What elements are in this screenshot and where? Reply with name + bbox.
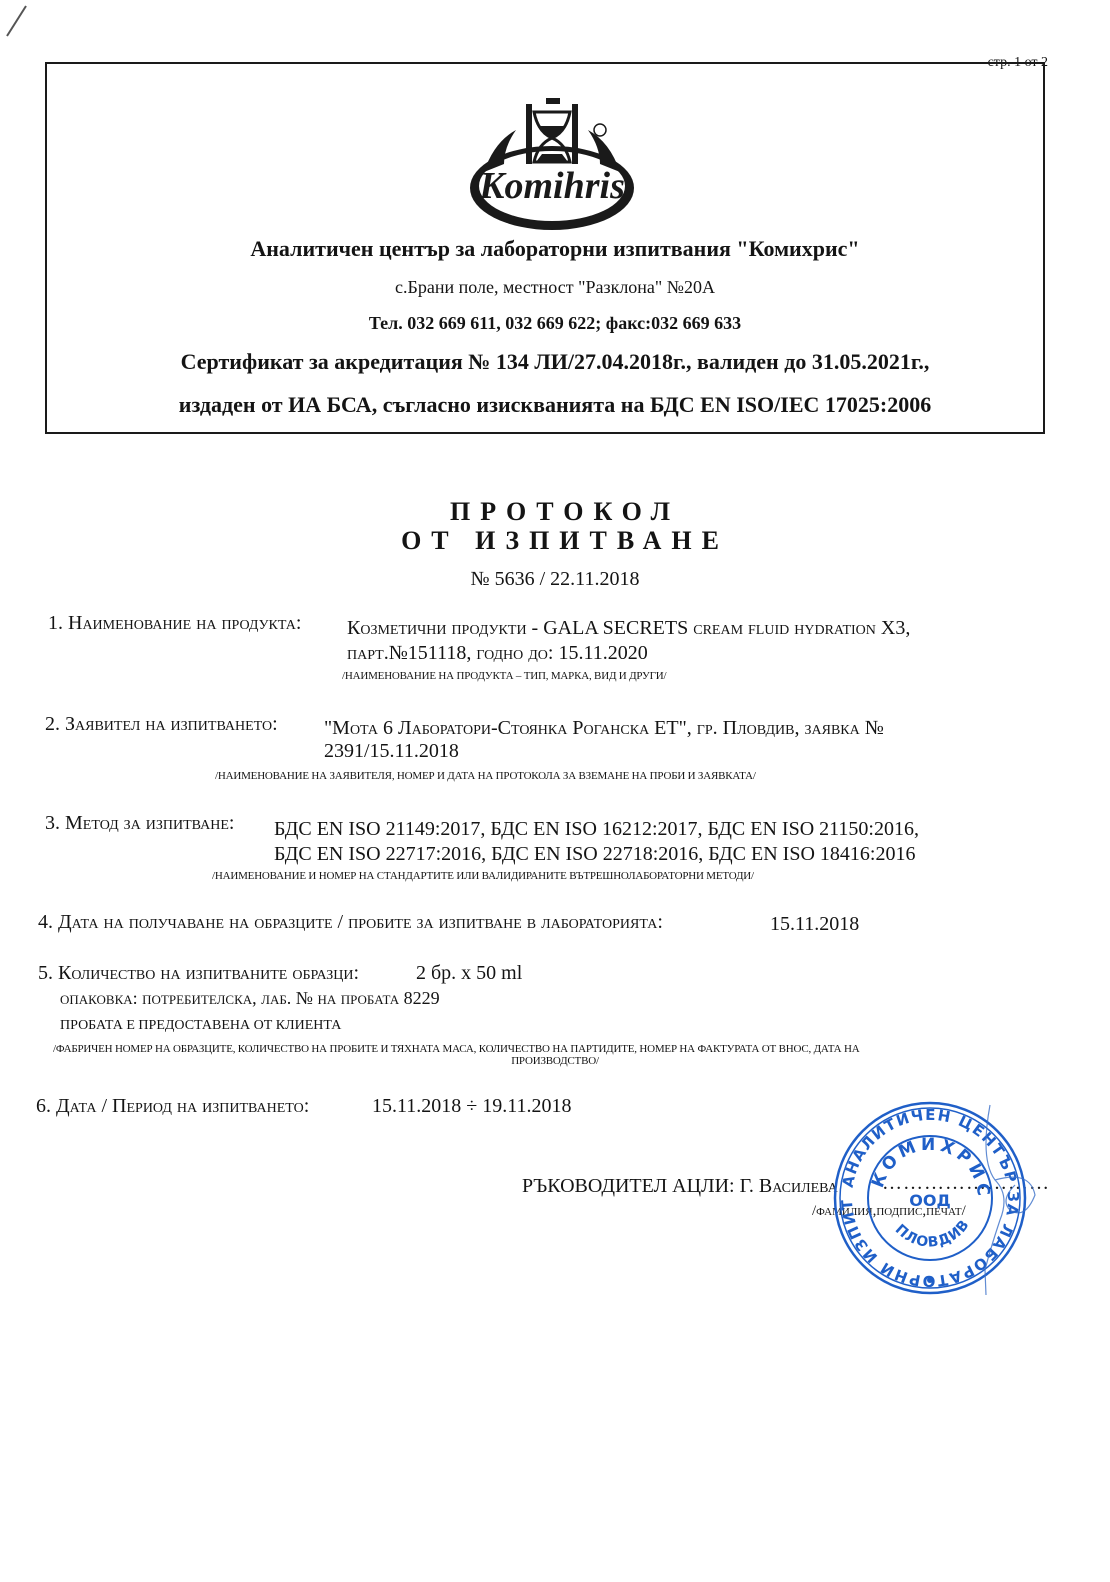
product-hint: /наименование на продукта – тип, марка, … bbox=[342, 670, 666, 682]
quantity-hint-line-1: /фабричен номер на образците, количество… bbox=[53, 1043, 859, 1055]
method-hint: /наименование и номер на стандартите или… bbox=[212, 870, 754, 882]
method-value-line-2: БДС EN ISO 22717:2016, БДС EN ISO 22718:… bbox=[274, 843, 915, 866]
method-value-line-1: БДС EN ISO 21149:2017, БДС EN ISO 16212:… bbox=[274, 818, 919, 841]
quantity-provided-by: пробата е предоставена от клиента bbox=[60, 1018, 341, 1034]
signoff-label: РЪКОВОДИТЕЛ АЦЛИ: Г. Василева bbox=[522, 1175, 838, 1198]
receipt-date-value: 15.11.2018 bbox=[770, 913, 859, 936]
applicant-value-line-1: "Мота 6 Лаборатори-Стоянка Роганска ЕТ",… bbox=[324, 717, 884, 740]
svg-text:Komihris: Komihris bbox=[478, 165, 625, 207]
product-value-line-2: парт.№151118, годно до: 15.11.2020 bbox=[347, 642, 648, 665]
protocol-number: № 5636 / 22.11.2018 bbox=[0, 568, 1110, 591]
product-label: 1. Наименование на продукта: bbox=[48, 612, 301, 635]
lab-address: с.Брани поле, местност "Разклона" №20А bbox=[0, 277, 1110, 298]
pen-mark-icon bbox=[4, 4, 28, 38]
quantity-hint-line-2: производство/ bbox=[0, 1055, 1110, 1067]
quantity-label: 5. Количество на изпитваните образци: bbox=[38, 962, 359, 985]
lab-name: Аналитичен център за лабораторни изпитва… bbox=[0, 236, 1110, 262]
applicant-label: 2. Заявител на изпитването: bbox=[45, 713, 278, 736]
accreditation-line-2: издаден от ИА БСА, съгласно изискванията… bbox=[0, 392, 1110, 418]
document-title-line-1: ПРОТОКОЛ bbox=[10, 497, 1110, 527]
test-period-label: 6. Дата / Период на изпитването: bbox=[36, 1095, 309, 1118]
product-value-line-1: Козметични продукти - GALA SECRETS cream… bbox=[347, 617, 910, 640]
document-title-line-2: ОТ ИЗПИТВАНЕ bbox=[10, 526, 1110, 556]
lab-phones: Тел. 032 669 611, 032 669 622; факс:032 … bbox=[0, 313, 1110, 334]
accreditation-line-1: Сертификат за акредитация № 134 ЛИ/27.04… bbox=[0, 349, 1110, 375]
test-period-value: 15.11.2018 ÷ 19.11.2018 bbox=[372, 1095, 572, 1118]
applicant-value-line-2: 2391/15.11.2018 bbox=[324, 740, 459, 763]
quantity-packaging: опаковка: потребителска, лаб. № на проба… bbox=[60, 988, 440, 1009]
receipt-date-label: 4. Дата на получаване на образците / про… bbox=[38, 911, 663, 934]
signature-scribble-icon bbox=[940, 1100, 1040, 1300]
quantity-value: 2 бр. x 50 ml bbox=[416, 962, 522, 985]
komihris-logo-icon: Komihris bbox=[454, 92, 650, 232]
applicant-hint: /наименование на заявителя, номер и дата… bbox=[215, 770, 756, 782]
method-label: 3. Метод за изпитване: bbox=[45, 812, 234, 835]
